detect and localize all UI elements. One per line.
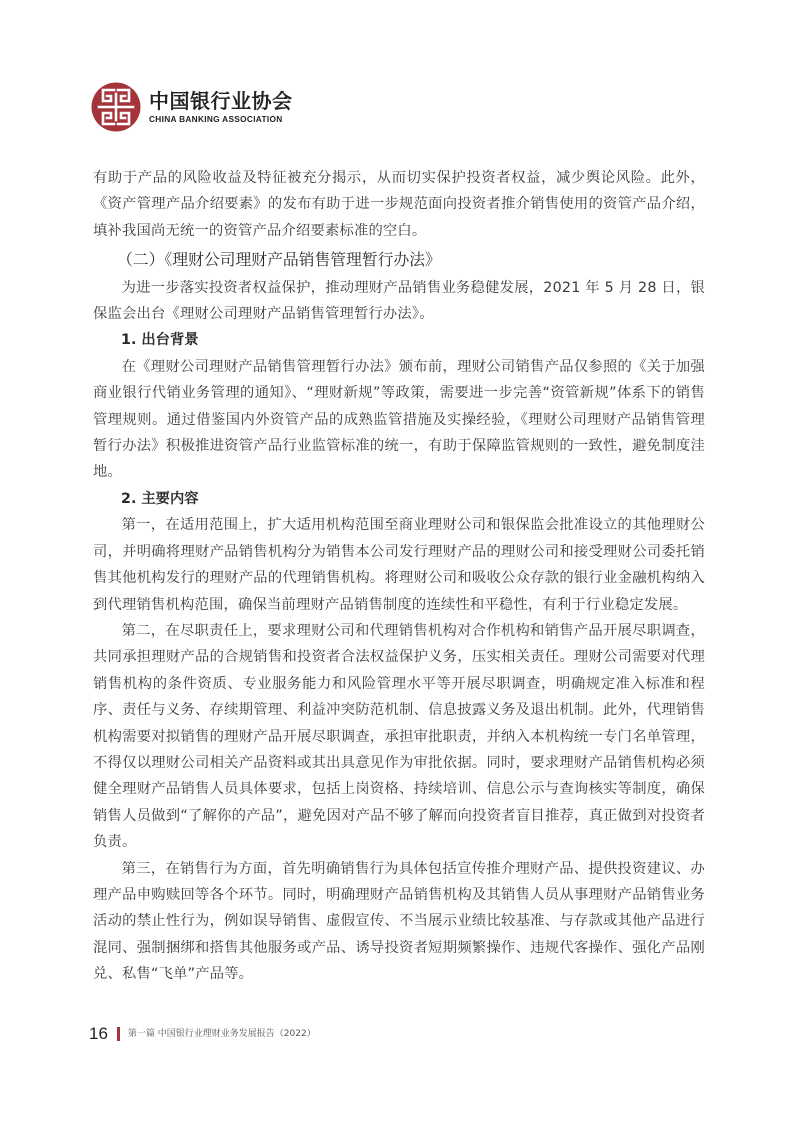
page-footer: 16 第一篇 中国银行业理财业务发展报告（2022） [89, 1024, 316, 1044]
page-number: 16 [89, 1024, 108, 1044]
logo-english-name: CHINA BANKING ASSOCIATION [149, 114, 293, 125]
china-banking-association-logo-icon [91, 82, 141, 132]
subsection-title-main-content: 2. 主要内容 [93, 486, 705, 512]
main-content-paragraph: 第二，在尽职责任上，要求理财公司和代理销售机构对合作机构和销售产品开展尽职调查，… [93, 618, 705, 856]
main-content-paragraph: 第三，在销售行为方面，首先明确销售行为具体包括宣传推介理财产品、提供投资建议、办… [93, 856, 705, 988]
page-header: 中国银行业协会 CHINA BANKING ASSOCIATION [91, 82, 293, 132]
section-title: （二）《理财公司理财产品销售管理暂行办法》 [93, 247, 705, 273]
intro-paragraph: 有助于产品的风险收益及特征被充分揭示，从而切实保护投资者权益，减少舆论风险。此外… [93, 165, 705, 244]
section-intro-paragraph: 为进一步落实投资者权益保护，推动理财产品销售业务稳健发展，2021 年 5 月 … [93, 275, 705, 328]
background-paragraph: 在《理财公司理财产品销售管理暂行办法》颁布前，理财公司销售产品仅参照的《关于加强… [93, 354, 705, 486]
footer-divider [117, 1027, 120, 1041]
subsection-title-background: 1. 出台背景 [93, 327, 705, 353]
logo-wordmark: 中国银行业协会 CHINA BANKING ASSOCIATION [149, 89, 293, 125]
logo-chinese-name: 中国银行业协会 [149, 89, 293, 113]
running-title: 第一篇 中国银行业理财业务发展报告（2022） [128, 1027, 316, 1041]
main-content-paragraph: 第一，在适用范围上，扩大适用机构范围至商业理财公司和银保监会批准设立的其他理财公… [93, 512, 705, 618]
document-body: 有助于产品的风险收益及特征被充分揭示，从而切实保护投资者权益，减少舆论风险。此外… [93, 165, 705, 988]
